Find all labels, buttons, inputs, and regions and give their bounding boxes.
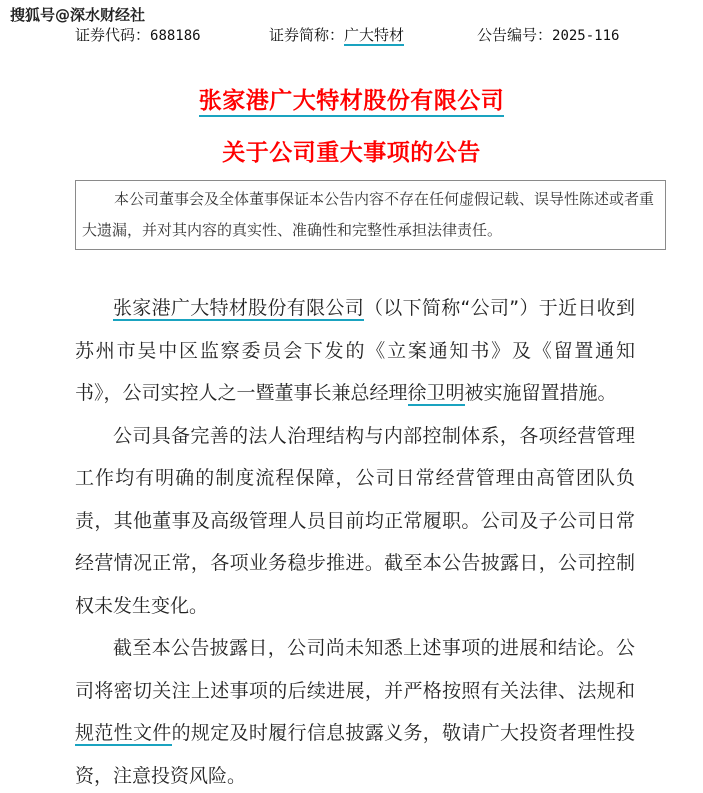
security-abbreviation: 证券简称：广大特材 [269, 24, 404, 45]
announcement-header: 证券代码：688186 证券简称：广大特材 公告编号：2025-116 [0, 24, 703, 46]
paragraph-1-text-b: 被实施留置措施。 [465, 382, 617, 404]
company-name-link[interactable]: 张家港广大特材股份有限公司 [113, 297, 364, 321]
announcement-subject: 关于公司重大事项的公告 [0, 134, 703, 167]
paragraph-1: 张家港广大特材股份有限公司（以下简称“公司”）于近日收到苏州市吴中区监察委员会下… [75, 287, 635, 415]
announcement-number-value: 2025-116 [552, 28, 619, 44]
notice-text: 本公司董事会及全体董事保证本公告内容不存在任何虚假记载、误导性陈述或者重大遗漏，… [82, 184, 659, 246]
announcement-body: 张家港广大特材股份有限公司（以下简称“公司”）于近日收到苏州市吴中区监察委员会下… [75, 287, 635, 793]
security-code: 证券代码：688186 [75, 24, 201, 45]
person-name-link[interactable]: 徐卫明 [408, 382, 465, 406]
announcement-number: 公告编号：2025-116 [477, 24, 619, 45]
board-guarantee-notice: 本公司董事会及全体董事保证本公告内容不存在任何虚假记载、误导性陈述或者重大遗漏，… [75, 180, 666, 250]
security-code-value: 688186 [150, 28, 201, 44]
source-watermark: 搜狐号@深水财经社 [10, 4, 145, 25]
regulatory-documents-link[interactable]: 规范性文件 [75, 722, 172, 746]
paragraph-3-text-a: 截至本公告披露日，公司尚未知悉上述事项的进展和结论。公司将密切关注上述事项的后续… [75, 637, 635, 702]
company-title-link[interactable]: 张家港广大特材股份有限公司 [199, 88, 505, 117]
paragraph-2: 公司具备完善的法人治理结构与内部控制体系，各项经营管理工作均有明确的制度流程保障… [75, 415, 635, 628]
security-code-label: 证券代码： [75, 26, 150, 44]
security-abbr-label: 证券简称： [269, 26, 344, 44]
company-title: 张家港广大特材股份有限公司 [0, 82, 703, 115]
announcement-number-label: 公告编号： [477, 26, 552, 44]
paragraph-3: 截至本公告披露日，公司尚未知悉上述事项的进展和结论。公司将密切关注上述事项的后续… [75, 627, 635, 793]
security-abbr-link[interactable]: 广大特材 [344, 26, 404, 46]
